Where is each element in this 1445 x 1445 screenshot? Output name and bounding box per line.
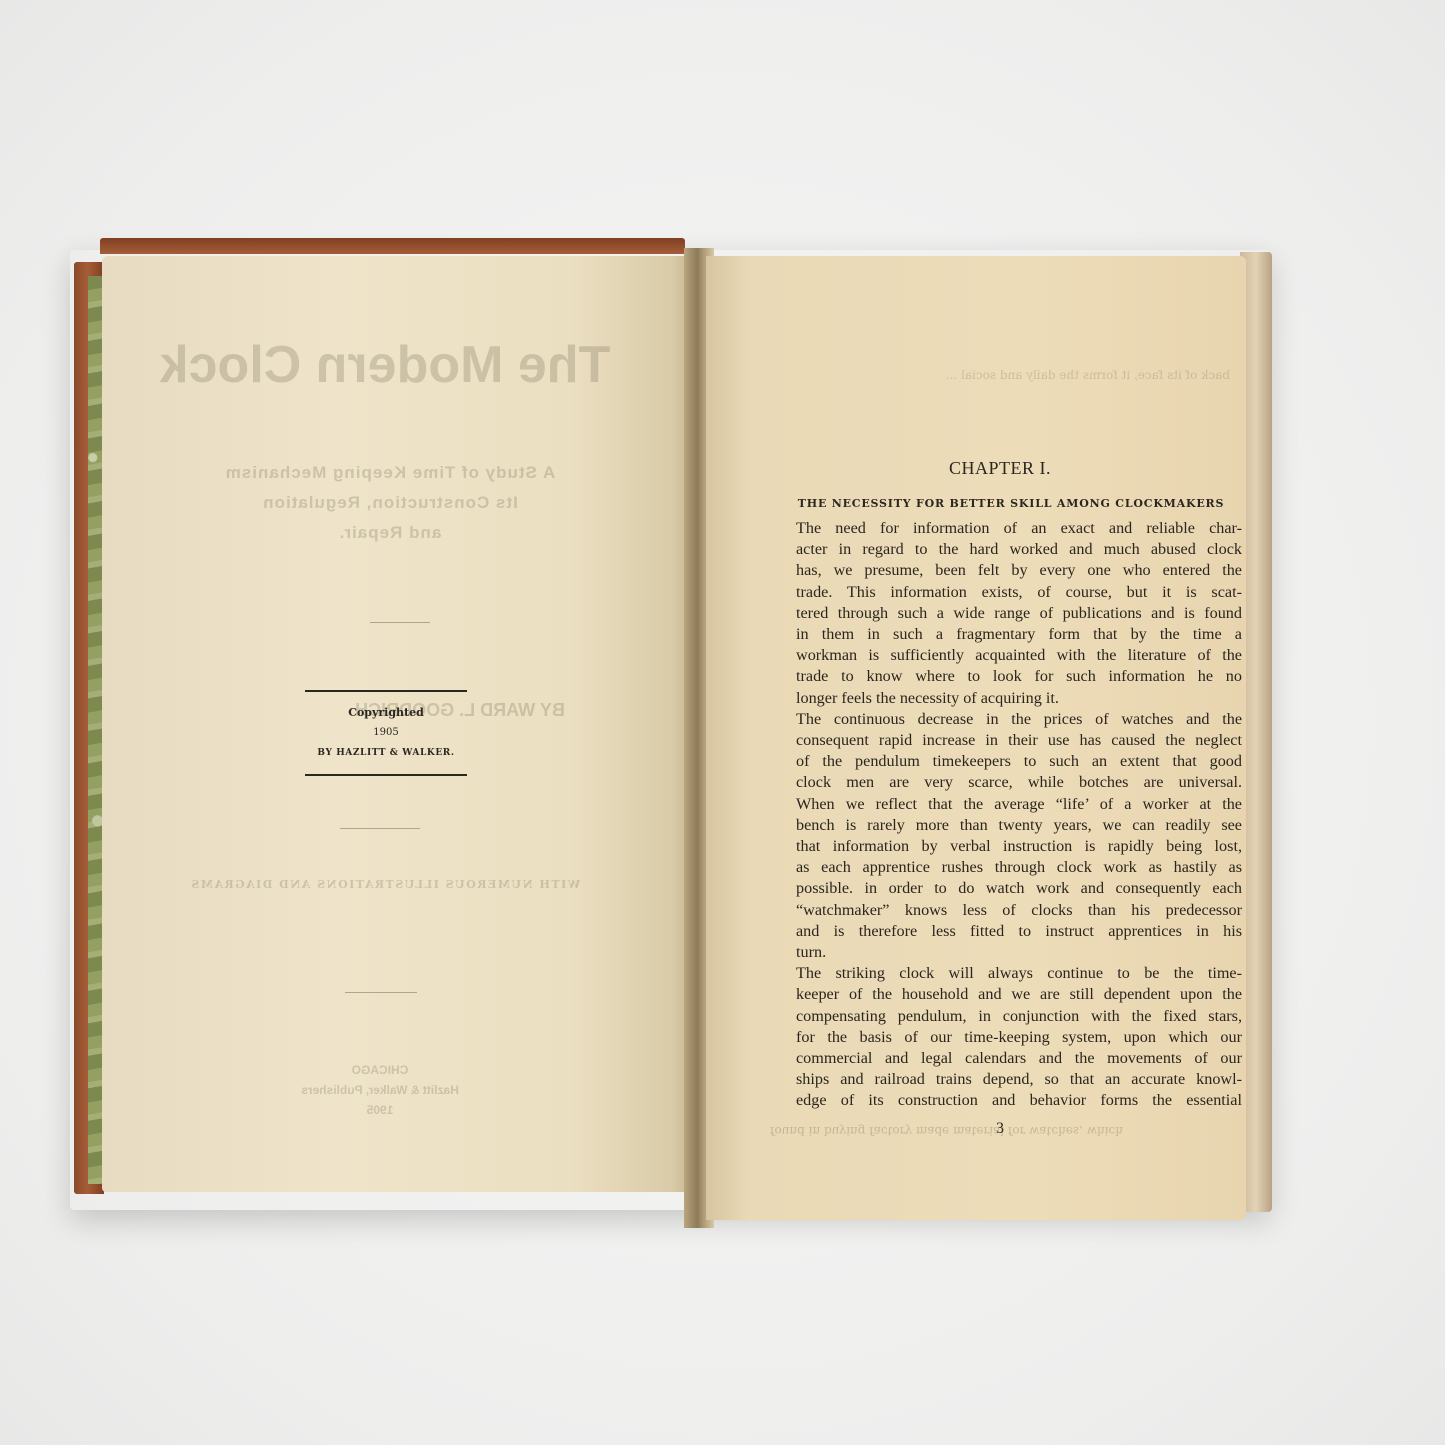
text-line: When we reflect that the average “life’ … — [780, 794, 1242, 815]
publisher-line: 1905 — [260, 1100, 500, 1120]
text-line: The need for information of an exact and… — [780, 518, 1242, 539]
text-line: trade. This information exists, of cours… — [780, 582, 1242, 603]
text-line: keeper of the household and we are still… — [780, 984, 1242, 1005]
publisher-line: Hazlitt & Walker, Publishers — [260, 1080, 500, 1100]
bleed-through-illustrations: WITH NUMEROUS ILLUSTRATIONS AND DIAGRAMS — [150, 878, 620, 891]
rule — [345, 992, 417, 993]
bleed-through-subtitle: A Study of Time Keeping Mechanism Its Co… — [160, 458, 620, 548]
text-line: workman is sufficiently acquainted with … — [780, 645, 1242, 666]
chapter-subtitle: THE NECESSITY FOR BETTER SKILL AMONG CLO… — [782, 497, 1240, 510]
bleed-through-text-top: back of its face, it forms the daily and… — [770, 365, 1230, 385]
copyright-year: 1905 — [305, 724, 467, 742]
text-line: that information by verbal instruction i… — [780, 836, 1242, 857]
bleed-through-rule — [370, 622, 430, 623]
text-line: longer feels the necessity of acquiring … — [780, 688, 1242, 709]
text-line: “watchmaker” knows less of clocks than h… — [780, 900, 1242, 921]
text-line: tered through such a wide range of publi… — [780, 603, 1242, 624]
bleed-through-text-bottom: found in buying factory made material fo… — [770, 1124, 1240, 1138]
copyright-label: Copyrighted — [305, 702, 467, 724]
text-line: and is therefore less fitted to instruct… — [780, 921, 1242, 942]
text-line: The continuous decrease in the prices of… — [780, 709, 1242, 730]
text-line: has, we presume, been felt by every one … — [780, 560, 1242, 581]
copyright-notice: Copyrighted 1905 BY HAZLITT & WALKER. — [305, 690, 467, 776]
text-line: possible. in order to do watch work and … — [780, 878, 1242, 899]
text-line: of the pendulum timekeepers to such an e… — [780, 751, 1242, 772]
text-line: edge of its construction and behavior fo… — [780, 1090, 1242, 1111]
book-cover-top-edge — [100, 238, 685, 254]
bleed-through-title: The Modern Clock — [150, 335, 620, 395]
text-line: compensating pendulum, in conjunction wi… — [780, 1006, 1242, 1027]
subtitle-line: A Study of Time Keeping Mechanism — [160, 458, 620, 488]
text-line: commercial and legal calendars and the m… — [780, 1048, 1242, 1069]
subtitle-line: and Repair. — [160, 518, 620, 548]
bleed-through-rule — [340, 828, 420, 829]
text-line: in them in such a fragmentary form that … — [780, 624, 1242, 645]
bleed-through-publisher: CHICAGO Hazlitt & Walker, Publishers 190… — [260, 1060, 500, 1120]
text-line: acter in regard to the hard worked and m… — [780, 539, 1242, 560]
subtitle-line: Its Construction, Regulation — [160, 488, 620, 518]
text-line: turn. — [780, 942, 1242, 963]
text-line: The striking clock will always continue … — [780, 963, 1242, 984]
text-line: clock men are very scarce, while botches… — [780, 772, 1242, 793]
copyright-holder: BY HAZLITT & WALKER. — [305, 742, 467, 764]
paragraph-2: The continuous decrease in the prices of… — [780, 709, 1242, 963]
chapter-title: CHAPTER I. — [740, 458, 1260, 479]
text-line: bench is rarely more than twenty years, … — [780, 815, 1242, 836]
text-line: trade to know where to look for such inf… — [780, 666, 1242, 687]
publisher-line: CHICAGO — [260, 1060, 500, 1080]
text-line: consequent rapid increase in their use h… — [780, 730, 1242, 751]
chapter-body-text: The need for information of an exact and… — [780, 518, 1242, 1112]
text-line: for the basis of our time-keeping system… — [780, 1027, 1242, 1048]
paragraph-1: The need for information of an exact and… — [780, 518, 1242, 709]
text-line: ships and railroad trains depend, so tha… — [780, 1069, 1242, 1090]
paragraph-3: The striking clock will always continue … — [780, 963, 1242, 1111]
text-line: as each apprentice rushes through clock … — [780, 857, 1242, 878]
